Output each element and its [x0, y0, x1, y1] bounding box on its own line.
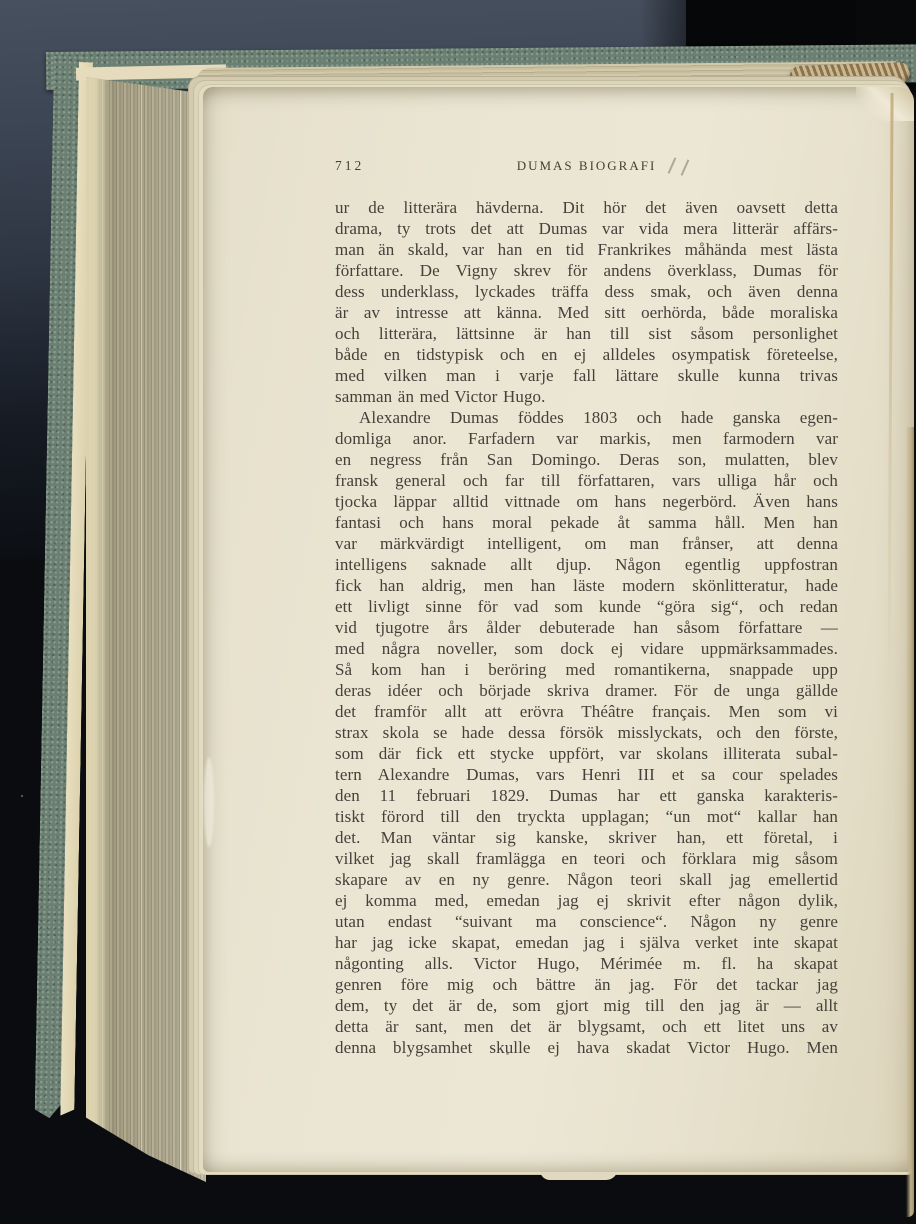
text-line: ur de litterära hävderna. Dit hör det äv…: [335, 197, 838, 218]
text-line: samman än med Victor Hugo.: [335, 386, 838, 407]
text-line: ett livligt sinne för vad som kunde “gör…: [335, 596, 838, 617]
text-line: ej komma med, emedan jag ej skrivit efte…: [335, 890, 838, 911]
text-line: författare. De Vigny skrev för andens öv…: [335, 260, 838, 281]
text-line: som där fick ett stycke uppfört, var sko…: [335, 743, 838, 764]
text-line: fick han aldrig, men han läste modern sk…: [335, 575, 838, 596]
text-line: med vilken man i varje fall lättare skul…: [335, 365, 838, 386]
text-line: det. Man väntar sig kanske, skriver han,…: [335, 827, 838, 848]
text-line: Så kom han i beröring med romantikerna, …: [335, 659, 838, 680]
text-line: domliga anor. Farfadern var markis, men …: [335, 428, 838, 449]
page-number: 712: [335, 158, 364, 174]
text-line: både en tidstypisk och en ej alldeles os…: [335, 344, 838, 365]
text-line: vid tjugotre års ålder debuterade han så…: [335, 617, 838, 638]
ink-speck: [506, 1052, 509, 1055]
text-line: drama, ty trots det att Dumas var vida m…: [335, 218, 838, 239]
text-line: genren före mig och bättre än jag. För d…: [335, 974, 838, 995]
text-line: strax skola se hade dessa försök misslyc…: [335, 722, 838, 743]
running-title: DUMAS BIOGRAFI: [517, 158, 657, 174]
text-line: tern Alexandre Dumas, vars Henri III et …: [335, 764, 838, 785]
text-line: utan endast “suivant ma conscience“. Någ…: [335, 911, 838, 932]
text-line: tjocka läppar alltid vittnade om hans ne…: [335, 491, 838, 512]
page-corner-curl: [856, 87, 914, 121]
page-right-edge-shade: [906, 427, 914, 1217]
text-line: var märkvärdigt intelligent, om man från…: [335, 533, 838, 554]
text-line: och litterära, lättsinne är han till sis…: [335, 323, 838, 344]
page-crease: [887, 93, 893, 693]
text-line: detta är sant, men det är blygsamt, och …: [335, 1016, 838, 1037]
text-line: med några noveller, som dock ej vidare u…: [335, 638, 838, 659]
text-line: fransk general och far till författaren,…: [335, 470, 838, 491]
text-line: vilket jag skall framlägga en teori och …: [335, 848, 838, 869]
text-line: det framför allt att erövra Théâtre fran…: [335, 701, 838, 722]
text-line: man än skald, var han en tid Frankrikes …: [335, 239, 838, 260]
text-line: är av intresse att känna. Med sitt oerhö…: [335, 302, 838, 323]
text-line: dem, ty det är de, som gjort mig till de…: [335, 995, 838, 1016]
text-line: någonting alls. Victor Hugo, Mérimée m. …: [335, 953, 838, 974]
text-line: intelligens saknade allt djup. Någon ege…: [335, 554, 838, 575]
text-line: Alexandre Dumas föddes 1803 och hade gan…: [335, 407, 838, 428]
text-line: fantasi och hans moral pekade åt samma h…: [335, 512, 838, 533]
book-page: 712 DUMAS BIOGRAFI ur de litterära hävde…: [203, 87, 914, 1172]
text-line: dess underklass, lyckades träffa dess sm…: [335, 281, 838, 302]
text-line: en negress från San Domingo. Deras son, …: [335, 449, 838, 470]
dust-speck: [21, 795, 23, 797]
text-line: deras idéer och började skriva dramer. F…: [335, 680, 838, 701]
text-line: skapare av en ny genre. Någon teori skal…: [335, 869, 838, 890]
page-header: 712 DUMAS BIOGRAFI: [335, 158, 838, 178]
text-line: har jag icke skapat, emedan jag i själva…: [335, 932, 838, 953]
text-line: den 11 februari 1829. Dumas har ett gans…: [335, 785, 838, 806]
paper-flaw: [204, 757, 214, 847]
text-line: tiskt förord till den tryckta upplagan; …: [335, 806, 838, 827]
text-line: denna blygsamhet skulle ej hava skadat V…: [335, 1037, 838, 1058]
body-text: ur de litterära hävderna. Dit hör det äv…: [335, 197, 838, 1058]
book-scan-photo: 712 DUMAS BIOGRAFI ur de litterära hävde…: [0, 0, 916, 1224]
